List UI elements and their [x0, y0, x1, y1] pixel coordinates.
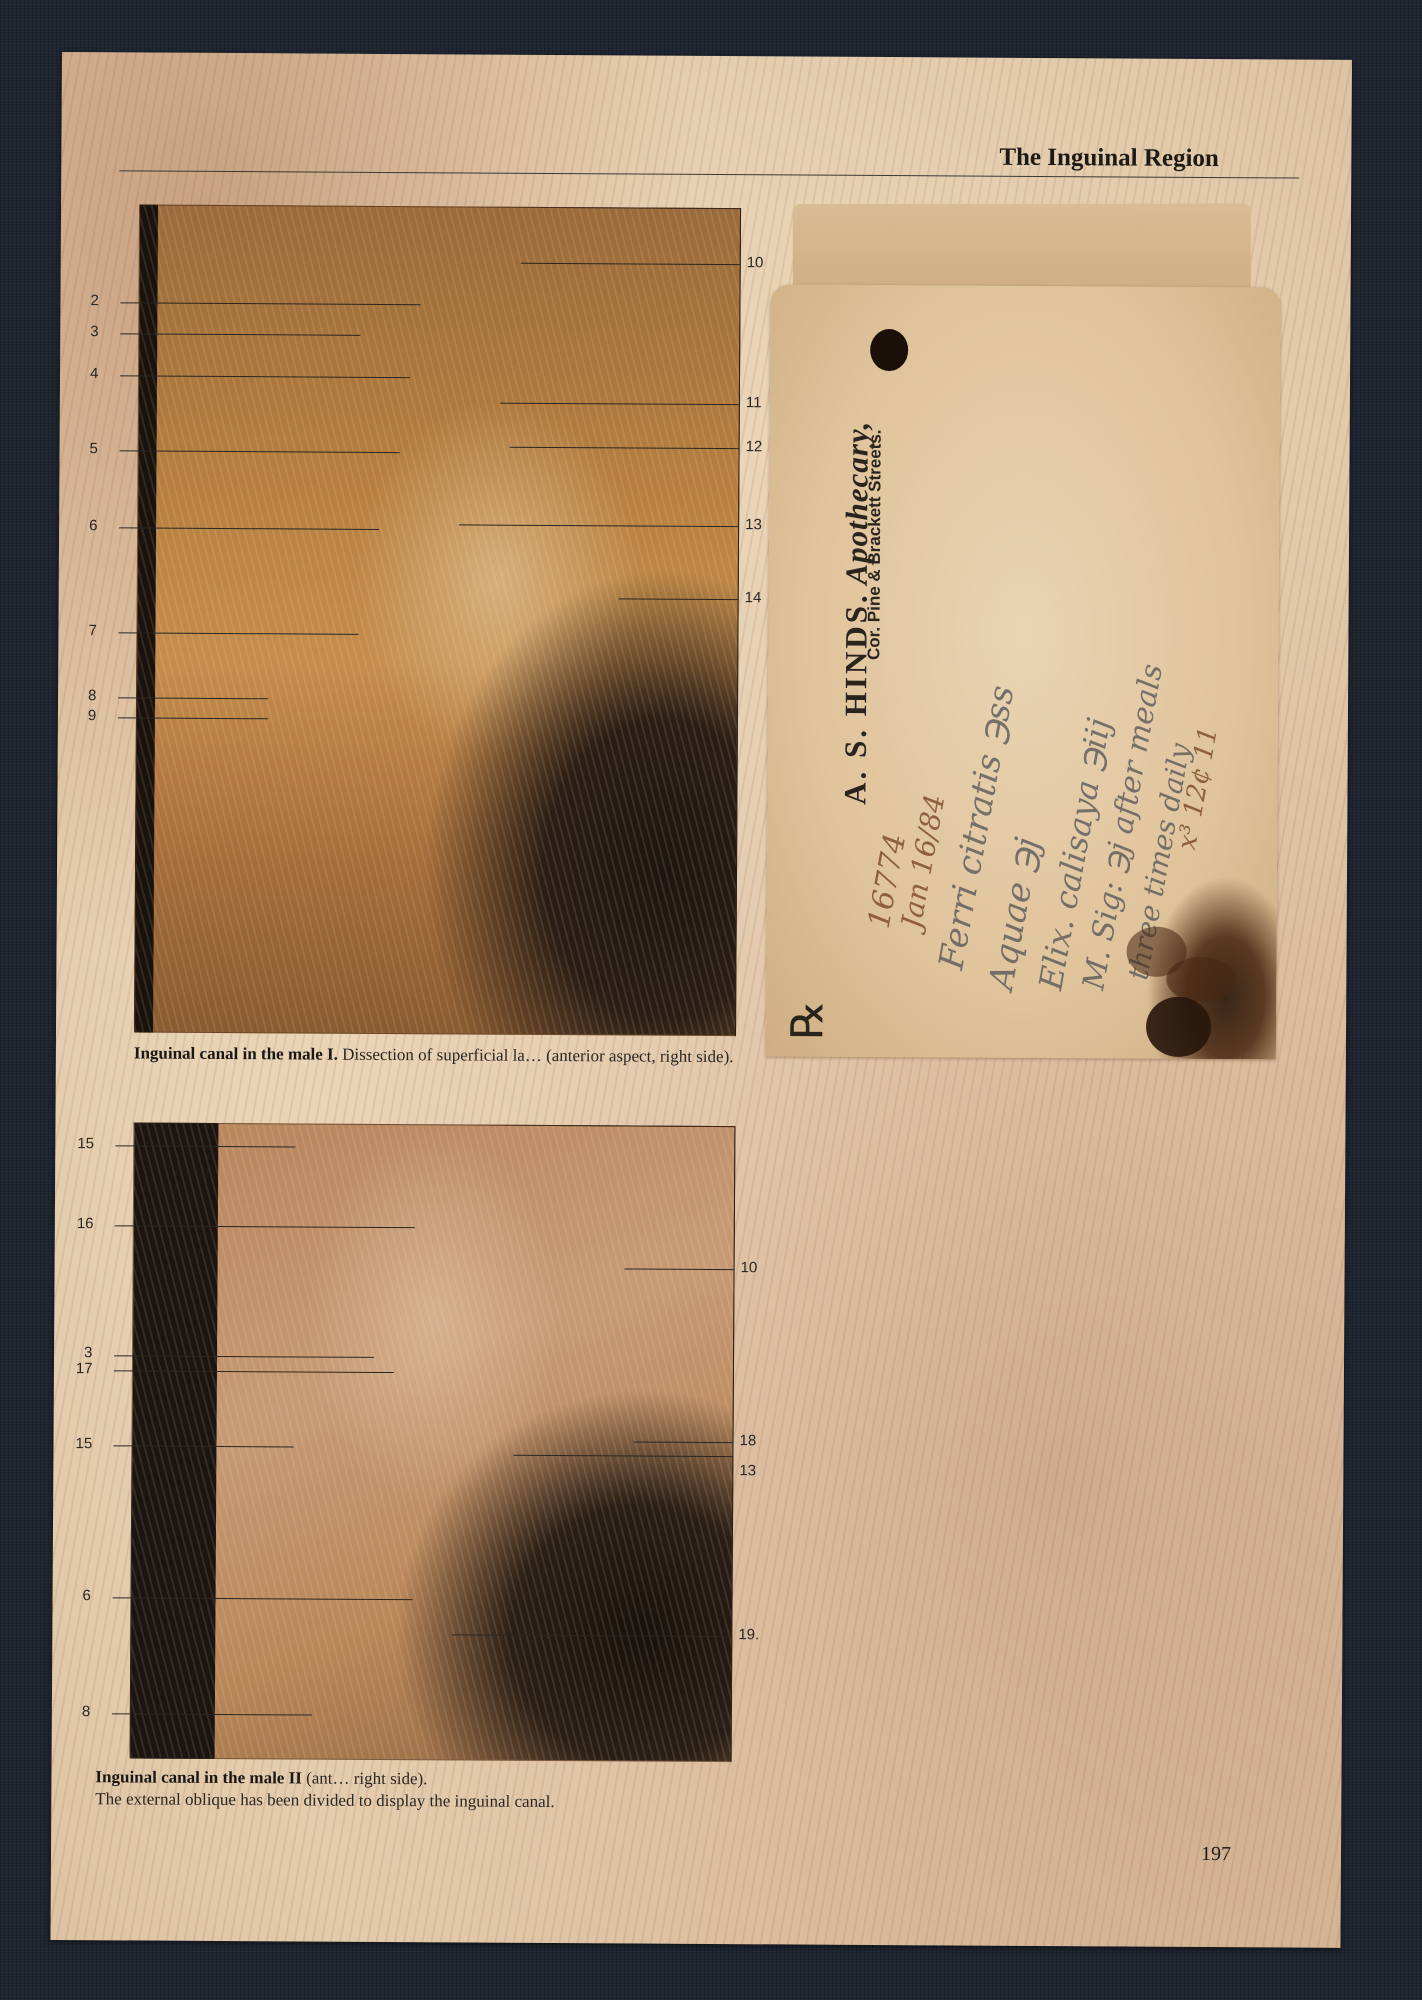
stain	[1146, 997, 1211, 1057]
label-13: 13	[745, 516, 762, 533]
label-16: 16	[77, 1215, 94, 1232]
label-19: 19.	[738, 1626, 759, 1643]
label-11: 11	[746, 394, 762, 411]
punch-hole	[870, 329, 908, 371]
label-15: 15	[77, 1135, 94, 1152]
label-12: 12	[746, 438, 763, 455]
scanned-page: The Inguinal Region 2 3 4 5 6 7 8 9 10 1…	[50, 52, 1352, 1948]
figure-2-leaders	[62, 52, 1352, 60]
dissection-figure-1	[134, 204, 741, 1036]
label-4: 4	[90, 365, 98, 382]
running-head: The Inguinal Region	[999, 144, 1219, 173]
stain	[1166, 957, 1236, 1002]
label-3b: 3	[84, 1344, 92, 1361]
label-6b: 6	[83, 1587, 91, 1604]
figure-1-leaders	[62, 52, 1352, 60]
pharmacy-address: Cor. Pine & Brackett Streets.	[864, 429, 885, 660]
label-18: 18	[739, 1432, 756, 1449]
label-7: 7	[88, 622, 96, 639]
label-5: 5	[90, 440, 98, 457]
label-3: 3	[90, 323, 98, 340]
label-8: 8	[88, 687, 96, 704]
label-2: 2	[90, 292, 98, 309]
label-9: 9	[88, 707, 96, 724]
label-15b: 15	[75, 1435, 92, 1452]
figure-1-caption: Inguinal canal in the male I. Dissection…	[134, 1042, 734, 1068]
figure-2-caption: Inguinal canal in the male II (ant… righ…	[95, 1766, 775, 1814]
label-13b: 13	[739, 1462, 756, 1479]
prescription-card: A. S. HINDS. Apothecary, Cor. Pine & Bra…	[766, 284, 1281, 1059]
label-6: 6	[89, 517, 97, 534]
label-14: 14	[745, 589, 762, 606]
label-17: 17	[76, 1360, 93, 1377]
prescription-card-back	[793, 204, 1251, 296]
rx-symbol: ℞	[782, 1000, 833, 1040]
page-number: 197	[1201, 1843, 1231, 1866]
label-10b: 10	[741, 1259, 758, 1276]
label-10: 10	[747, 254, 764, 271]
label-8b: 8	[82, 1703, 90, 1720]
